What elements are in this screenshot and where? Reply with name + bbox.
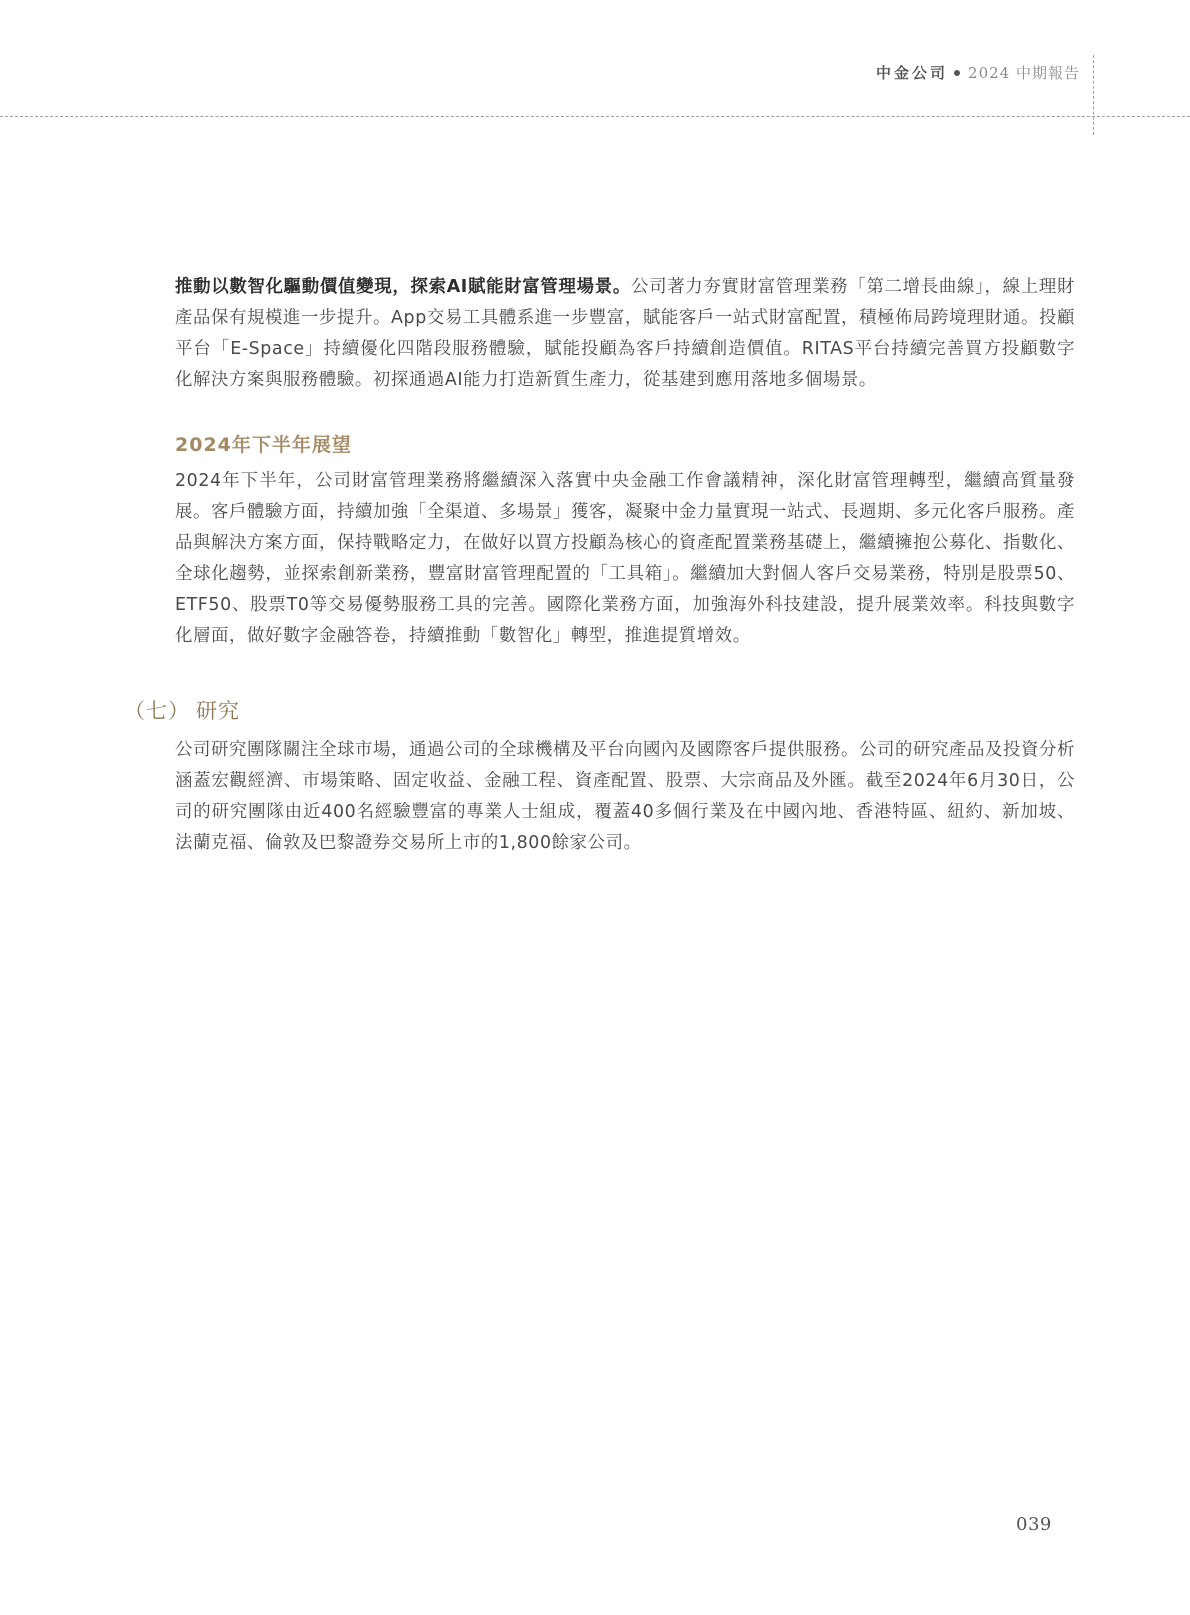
vertical-dashed-rule bbox=[1093, 55, 1094, 135]
paragraph-lead: 推動以數智化驅動價值變現，探索AI賦能財富管理場景。 bbox=[175, 277, 631, 297]
research-section-heading: （七）研究 bbox=[124, 695, 240, 725]
section-number: （七） bbox=[124, 699, 190, 723]
outlook-paragraph-block: 2024年下半年，公司財富管理業務將繼續深入落實中央金融工作會議精神，深化財富管… bbox=[175, 466, 1075, 652]
horizontal-dashed-rule bbox=[0, 116, 1190, 117]
wealth-management-paragraph-block: 推動以數智化驅動價值變現，探索AI賦能財富管理場景。公司著力夯實財富管理業務「第… bbox=[175, 272, 1075, 396]
bullet-separator-icon bbox=[954, 70, 960, 76]
section-title: 研究 bbox=[196, 699, 240, 723]
company-name: 中金公司 bbox=[876, 64, 948, 82]
outlook-paragraph: 2024年下半年，公司財富管理業務將繼續深入落實中央金融工作會議精神，深化財富管… bbox=[175, 466, 1075, 652]
page-number: 039 bbox=[1016, 1514, 1052, 1535]
wealth-management-paragraph: 推動以數智化驅動價值變現，探索AI賦能財富管理場景。公司著力夯實財富管理業務「第… bbox=[175, 272, 1075, 396]
report-title: 2024 中期報告 bbox=[968, 64, 1080, 82]
running-header: 中金公司2024 中期報告 bbox=[876, 62, 1080, 83]
outlook-heading: 2024年下半年展望 bbox=[175, 430, 352, 457]
research-paragraph-block: 公司研究團隊關注全球市場，通過公司的全球機構及平台向國內及國際客戶提供服務。公司… bbox=[175, 735, 1075, 859]
research-paragraph: 公司研究團隊關注全球市場，通過公司的全球機構及平台向國內及國際客戶提供服務。公司… bbox=[175, 735, 1075, 859]
